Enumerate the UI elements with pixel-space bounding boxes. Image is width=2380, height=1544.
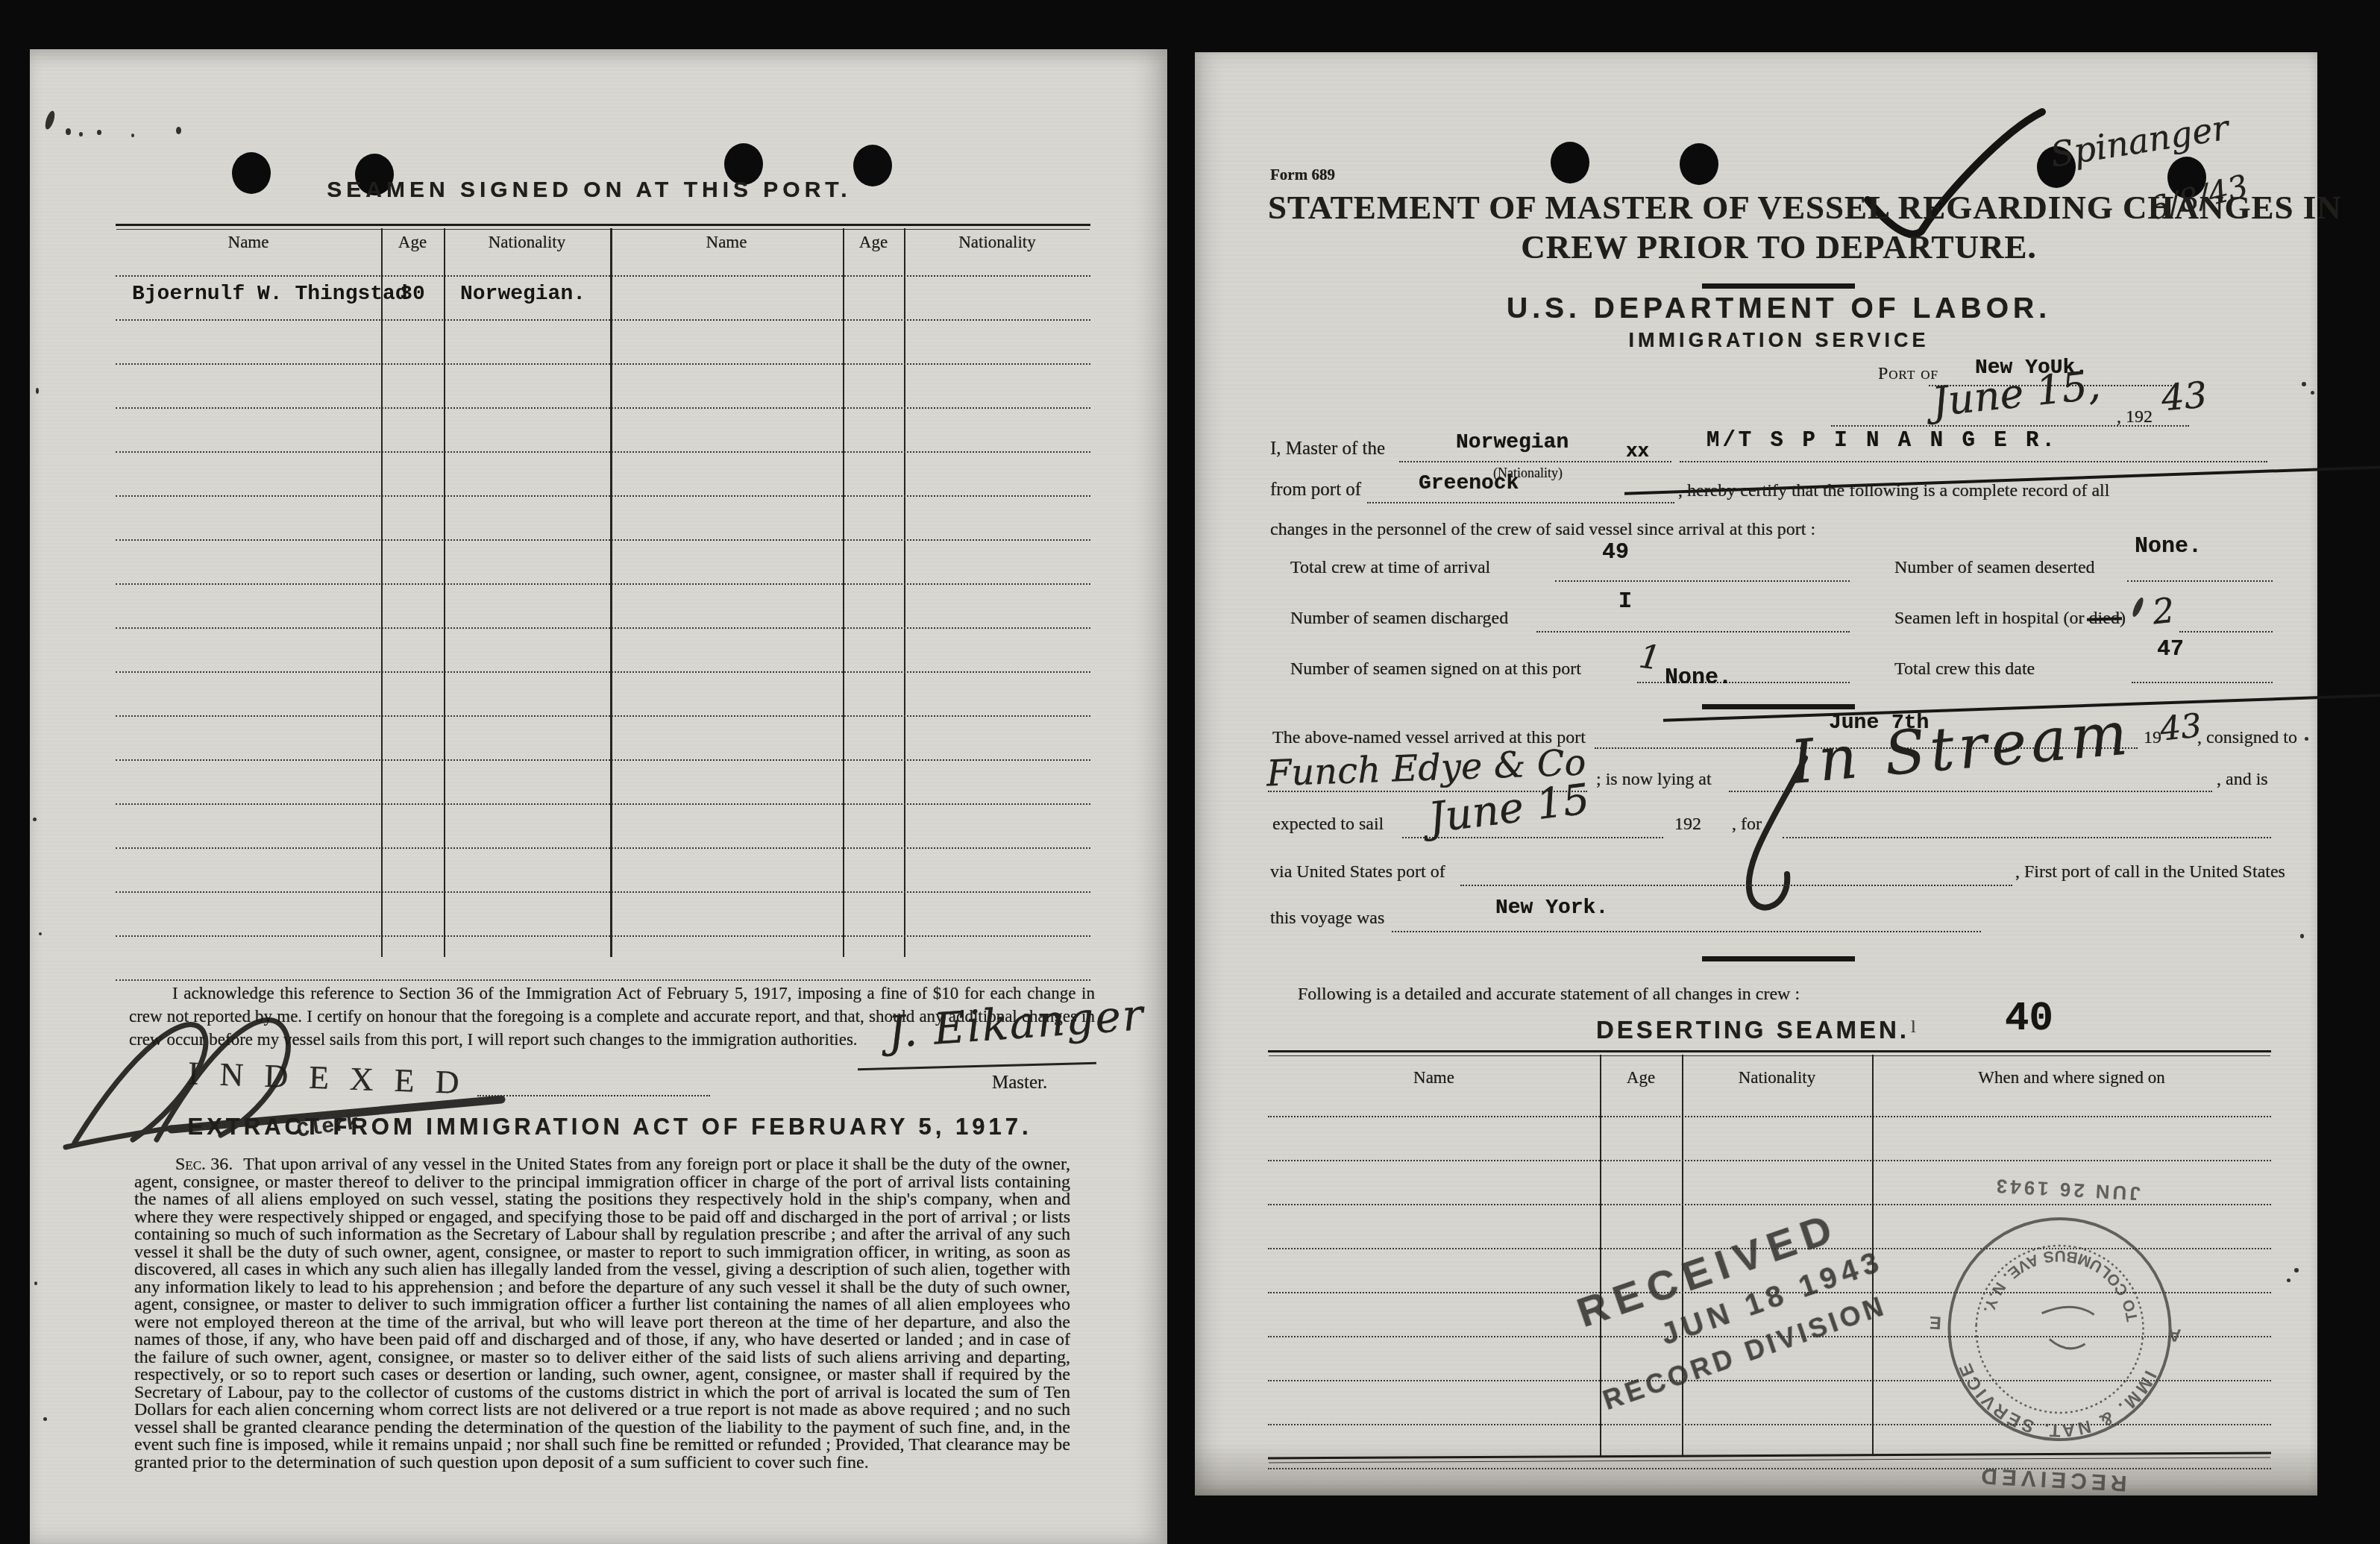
ink-tick: l: [1911, 1017, 1916, 1038]
table-row: [116, 497, 1090, 541]
column-header-name: Name: [610, 233, 843, 252]
fill-line: [2179, 631, 2273, 633]
ink-mark: [33, 817, 37, 821]
punch-hole: [1680, 143, 1718, 185]
year-printed: , 192: [2117, 407, 2153, 427]
scanned-document: SEAMEN SIGNED ON AT THIS PORT. Name Age …: [0, 0, 2380, 1544]
master-label: I, Master of the: [1270, 439, 1385, 459]
column-header-age: Age: [1600, 1068, 1682, 1088]
round-stamp-arc-bottom: TO COLUMBUS AVE. N.Y.: [1979, 1243, 2145, 1323]
form-title-line2: CREW PRIOR TO DEPARTURE.: [1268, 227, 2290, 266]
table-row: [116, 849, 1090, 893]
fill-line: [2132, 682, 2273, 683]
column-header-name: Name: [1268, 1068, 1600, 1088]
voyage-value: New York.: [1495, 897, 1608, 920]
section-text: That upon arrival of any vessel in the U…: [134, 1155, 1070, 1472]
divider: [1702, 956, 1855, 961]
round-stamp-side-right: E: [1929, 1312, 1941, 1333]
seaman-age: 30: [381, 283, 444, 306]
fill-line: [1460, 885, 2012, 886]
from-port-label: from port of: [1270, 480, 1361, 500]
punch-hole: [1551, 142, 1589, 183]
ink-mark: [2294, 1268, 2299, 1272]
column-header-signed-on: When and where signed on: [1872, 1068, 2271, 1088]
fill-line: [1392, 931, 1981, 932]
column-header-nationality: Nationality: [1682, 1068, 1872, 1088]
round-stamp-arc-top: IMM. & NAT. SERVICE: [1951, 1358, 2161, 1446]
vessel-value: M/T S P I N A N G E R.: [1706, 428, 2058, 453]
fill-line: [1555, 580, 1850, 582]
nationality-value: Norwegian: [1456, 431, 1569, 454]
deserting-heading: DESERTING SEAMEN.: [1596, 1016, 1909, 1044]
signature-role: Master.: [992, 1073, 1047, 1093]
ink-mark: [2305, 737, 2308, 741]
ink-mark: [97, 130, 101, 135]
hospital-label-pre: Seamen left in hospital (or: [1894, 609, 2089, 628]
fill-line: [1367, 502, 1674, 503]
table-row: [116, 673, 1090, 717]
table-row: [116, 937, 1090, 981]
table-row: [1268, 1117, 2271, 1161]
fill-line: [1680, 461, 2267, 462]
ink-mark: [2287, 1278, 2290, 1282]
table-top-rule: [1268, 1050, 2271, 1052]
fill-line: [2127, 580, 2273, 582]
seaman-nationality: Norwegian.: [460, 283, 585, 306]
discharged-value: I: [1618, 589, 1632, 615]
column-header-nationality: Nationality: [444, 233, 610, 252]
sail-year: 192: [1674, 815, 1701, 835]
form-number: Form 689: [1270, 166, 1335, 184]
hospital-struck-word: died: [2089, 609, 2120, 628]
table-row: [116, 409, 1090, 453]
svg-text:IMM. & NAT. SERVICE: IMM. & NAT. SERVICE: [1951, 1358, 2161, 1446]
total-value: 47: [2157, 637, 2184, 662]
ink-mark: [43, 1417, 47, 1421]
round-stamp: IMM. & NAT. SERVICE TO COLUMBUS AVE. N.Y…: [1913, 1167, 2205, 1507]
table-row: [116, 761, 1090, 805]
discharged-label: Number of seamen discharged: [1290, 609, 1508, 629]
voyage-label: this voyage was: [1270, 908, 1384, 929]
deserted-label: Number of seamen deserted: [1894, 558, 2095, 578]
table-row: [116, 321, 1090, 365]
department-heading: U.S. DEPARTMENT OF LABOR.: [1268, 292, 2290, 325]
column-header-name: Name: [116, 233, 381, 252]
fill-line: [1536, 631, 1850, 633]
total-label: Total crew this date: [1894, 659, 2035, 680]
certify-text2: changes in the personnel of the crew of …: [1270, 520, 1815, 540]
divider: [1702, 704, 1855, 709]
seaman-name: Bjoernulf W. Thingstad: [132, 283, 408, 306]
deserted-value: None.: [2135, 534, 2202, 559]
arrival-value: 49: [1602, 540, 1629, 565]
handwriting-flourish: [1715, 746, 1835, 925]
seamen-table-body: Bjoernulf W. Thingstad30Norwegian.: [116, 277, 1090, 981]
table-row: [116, 585, 1090, 629]
ink-mark: [2302, 382, 2306, 386]
column-header-age: Age: [843, 233, 904, 252]
round-stamp-side-left: A: [2167, 1325, 2182, 1346]
table-row: [116, 629, 1090, 673]
table-row: [116, 805, 1090, 849]
arrival-label: Total crew at time of arrival: [1290, 558, 1490, 578]
and-is-label: , and is: [2217, 770, 2268, 790]
column-header-nationality: Nationality: [904, 233, 1090, 252]
left-page-title: SEAMEN SIGNED ON AT THIS PORT.: [283, 178, 895, 203]
table-row: [116, 893, 1090, 937]
table-top-rule: [116, 224, 1090, 226]
round-stamp-received: RECEIVED: [1976, 1463, 2128, 1495]
extract-paragraph: Sec. 36.That upon arrival of any vessel …: [134, 1156, 1070, 1472]
from-port-value: Greenock: [1419, 472, 1519, 495]
hospital-label: Seamen left in hospital (or died): [1894, 609, 2126, 629]
divider: [1702, 283, 1855, 289]
ink-mark: [36, 388, 39, 394]
certify-text: , hereby certify that the following is a…: [1678, 481, 2109, 501]
ink-mark: [79, 132, 83, 136]
arrived-year-printed: 19: [2144, 728, 2161, 748]
following-text: Following is a detailed and accurate sta…: [1298, 985, 1800, 1005]
table-row: Bjoernulf W. Thingstad30Norwegian.: [116, 277, 1090, 321]
ink-mark: [66, 128, 71, 135]
table-row: [116, 541, 1090, 585]
ink-mark: [131, 134, 134, 137]
section-label: Sec. 36.: [134, 1155, 243, 1174]
table-row: [116, 717, 1090, 761]
ink-mark: [34, 1281, 37, 1285]
fill-line: [1783, 837, 2271, 838]
via-label: via United States port of: [1270, 862, 1445, 882]
service-heading: IMMIGRATION SERVICE: [1268, 329, 2290, 352]
signed-on-label: Number of seamen signed on at this port: [1290, 659, 1581, 680]
year-handwritten: 43: [2160, 374, 2209, 419]
rule-line: [477, 1095, 710, 1096]
sail-label: expected to sail: [1272, 815, 1384, 835]
lying-label: ; is now lying at: [1596, 770, 1712, 790]
round-stamp-date: JUN 26 1943: [1993, 1175, 2141, 1205]
svg-text:TO COLUMBUS AVE. N.Y.: TO COLUMBUS AVE. N.Y.: [1979, 1243, 2145, 1323]
table-row: [116, 453, 1090, 497]
table-row: [116, 365, 1090, 409]
punch-hole: [232, 152, 271, 194]
form-title-line1: STATEMENT OF MASTER OF VESSEL REGARDING …: [1268, 188, 2290, 227]
for-label: , for: [1732, 815, 1762, 835]
ink-mark: [2311, 391, 2314, 395]
ink-mark: [176, 127, 181, 134]
deserting-number: 40: [2005, 997, 2053, 1042]
ink-mark: [2300, 934, 2304, 938]
ink-mark: [39, 932, 42, 935]
first-port-label: , First port of call in the United State…: [2015, 862, 2285, 882]
consigned-label: , consigned to: [2197, 728, 2297, 748]
extract-heading: EXTRACT FROM IMMIGRATION ACT OF FEBRUARY…: [127, 1114, 1093, 1140]
hospital-value: 2: [2150, 590, 2176, 633]
column-header-age: Age: [381, 233, 444, 252]
